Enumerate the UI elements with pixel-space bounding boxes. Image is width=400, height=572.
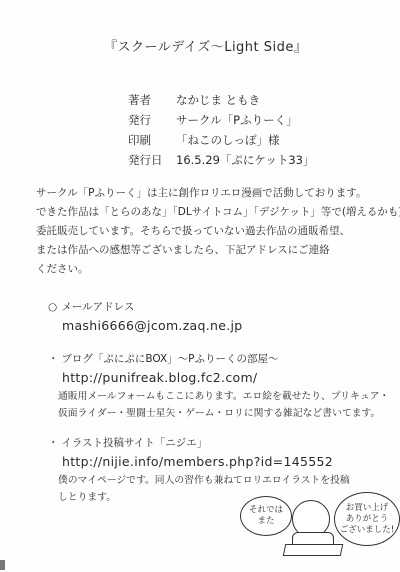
email-address-link[interactable]: mashi6666@jcom.zaq.ne.jp <box>48 316 243 336</box>
colophon-row-publisher: 発行 サークル「Pふりーく」 <box>128 110 314 130</box>
blog-label: ブログ「ぷにぷにBOX」〜Pふりーくの部屋〜 <box>61 353 278 365</box>
nijie-note-line: 僕のマイページです。同人の習作も兼ねてロリエロイラストを投稿 <box>48 472 350 489</box>
intro-line: または作品への感想等ございましたら、下記アドレスにご連絡 <box>36 241 381 260</box>
mascot-illustration: それでは また お買い上げ ありがとう ございました! <box>240 492 400 562</box>
colophon-row-date: 発行日 16.5.29「ぷにケット33」 <box>128 150 314 170</box>
blog-note-line: 通販用メールフォームもここにあります。エロ絵を載せたり、プリキュア・ <box>48 388 389 405</box>
cushion-icon <box>283 544 344 556</box>
intro-line: サークル「Pふりーく」は主に創作ロリエロ漫画で活動しております。 <box>36 184 381 203</box>
colophon-value: なかじま ともき <box>176 90 260 110</box>
mail-section: ○ メールアドレス mashi6666@jcom.zaq.ne.jp <box>48 298 243 336</box>
colophon-value: 16.5.29「ぷにケット33」 <box>176 150 314 170</box>
blog-url-link[interactable]: http://punifreak.blog.fc2.com/ <box>48 368 389 388</box>
colophon-label: 発行日 <box>128 150 176 170</box>
nijie-url-link[interactable]: http://nijie.info/members.php?id=145552 <box>48 452 350 472</box>
colophon-row-printer: 印刷 「ねこのしっぽ」様 <box>128 130 314 150</box>
circle-intro-paragraph: サークル「Pふりーく」は主に創作ロリエロ漫画で活動しております。 できた作品は「… <box>36 184 381 279</box>
bullet-icon: ○ <box>48 298 58 316</box>
colophon-table: 著者 なかじま ともき 発行 サークル「Pふりーく」 印刷 「ねこのしっぽ」様 … <box>128 90 314 170</box>
bullet-icon: ・ <box>48 350 58 368</box>
colophon-value: サークル「Pふりーく」 <box>176 110 298 130</box>
bullet-icon: ・ <box>48 434 58 452</box>
bubble-text: それでは また <box>249 505 283 527</box>
speech-bubble-right: お買い上げ ありがとう ございました! <box>334 492 400 546</box>
blog-note-line: 仮面ライダー・聖闘士星矢・ゲーム・ロリに関する雑記など書いてます。 <box>48 405 389 422</box>
bubble-text: お買い上げ ありがとう ございました! <box>340 503 394 536</box>
colophon-value: 「ねこのしっぽ」様 <box>176 130 280 150</box>
blog-section: ・ ブログ「ぷにぷにBOX」〜Pふりーくの部屋〜 http://punifrea… <box>48 350 389 422</box>
colophon-label: 著者 <box>128 90 176 110</box>
page-edge-mark <box>0 560 5 570</box>
intro-line: 委託販売しています。そちらで扱っていない過去作品の通販希望、 <box>36 222 381 241</box>
colophon-row-author: 著者 なかじま ともき <box>128 90 314 110</box>
book-title: 『スクールデイズ〜Light Side』 <box>104 36 307 55</box>
book-colophon-page: 『スクールデイズ〜Light Side』 著者 なかじま ともき 発行 サークル… <box>0 0 400 572</box>
intro-line: できた作品は「とらのあな」「DLサイトコム」「デジケット」等で(増えるかも) <box>36 203 381 222</box>
intro-line: ください。 <box>36 260 381 279</box>
colophon-label: 発行 <box>128 110 176 130</box>
colophon-label: 印刷 <box>128 130 176 150</box>
speech-bubble-left: それでは また <box>240 496 292 536</box>
nijie-label: イラスト投稿サイト「ニジエ」 <box>61 437 207 449</box>
mail-label: メールアドレス <box>61 301 134 313</box>
